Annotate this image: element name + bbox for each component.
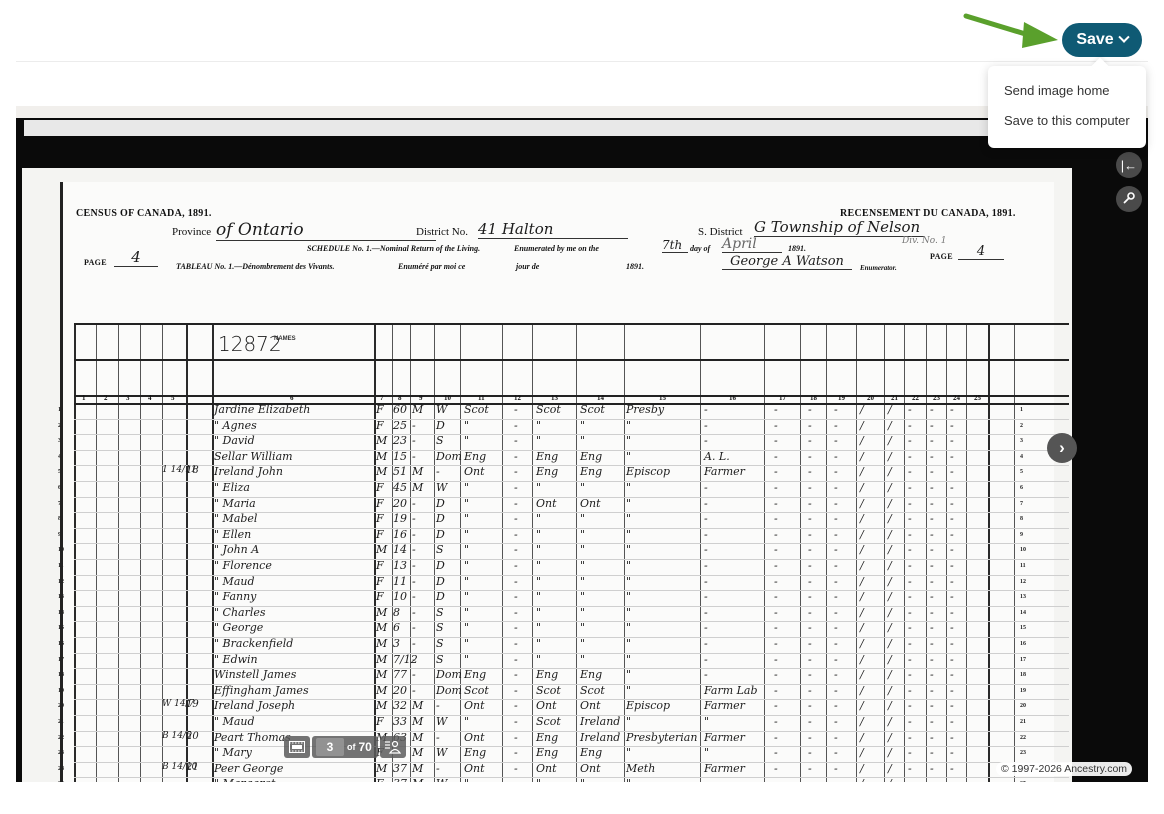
cell-name: " Mabel [214,512,257,525]
row-number: 10 [58,547,64,553]
row-number: 25 [58,781,64,782]
column-number: 20 [867,394,874,402]
cell-father: " [536,621,541,634]
cell-mark: - [774,621,778,634]
cell-name: Ireland John [214,465,283,478]
cell-mother: " [580,575,585,588]
cell-father: Eng [536,668,558,681]
cell-mark: - [930,497,934,510]
cell-mark: - [774,450,778,463]
cell-mark: - [774,715,778,728]
cell-rel: S [436,543,444,556]
cell-mark: / [888,450,892,463]
index-panel-button[interactable] [380,736,406,758]
divider [16,61,1148,62]
table-row: 1818Winstell JamesM77-DomEng-EngEng"----… [74,668,1069,684]
cell-mark: - [808,419,812,432]
cell-mark: - [908,653,912,666]
cell-mark: - [930,777,934,782]
column-number: 16 [729,394,736,402]
cell-religion: " [626,450,631,463]
cell-father: Scot [536,403,561,416]
cell-mark: - [950,543,954,556]
collapse-panel-button[interactable]: |← [1116,152,1142,178]
cell-name: " Mary [214,746,252,759]
cell-mark: - [930,637,934,650]
cell-mark: - [834,512,838,525]
cell-mar: M [412,762,423,775]
cell-mark: - [950,465,954,478]
cell-name: Winstell James [214,668,296,681]
cell-occ: Farmer [704,699,745,712]
cell-mark: / [888,590,892,603]
tools-button[interactable] [1116,186,1142,212]
cell-fc: - [514,434,518,447]
cell-religion: " [626,543,631,556]
cell-sex: F [376,528,384,541]
cell-birth: " [464,653,469,666]
cell-fc: - [514,653,518,666]
cell-birth: " [464,637,469,650]
row-number: 17 [58,657,64,663]
jour-year: 1891. [626,262,644,271]
menu-item-save-to-computer[interactable]: Save to this computer [988,106,1146,136]
cell-birth: " [464,419,469,432]
next-image-button[interactable]: › [1047,433,1077,463]
cell-father: " [536,512,541,525]
schedule-fr: TABLEAU No. 1.—Dénombrement des Vivants. [176,262,334,271]
total-pages: 70 [359,740,372,754]
cell-birth: " [464,559,469,572]
cell-mark: - [834,777,838,782]
cell-birth: Ont [464,762,485,775]
cell-name: Sellar William [214,450,293,463]
cell-age: 45 [393,481,407,494]
cell-name: Peer George [214,762,283,775]
cell-mark: / [860,465,864,478]
table-row: 99" EllenF16-D"-"""----//--- [74,528,1069,544]
save-button-label: Save [1076,31,1113,49]
cell-fc: - [514,637,518,650]
cell-sex: M [376,621,387,634]
cell-mother: " [580,590,585,603]
row-number: 4 [58,454,61,460]
cell-age: 37 [393,777,407,782]
cell-mark: - [834,746,838,759]
cell-fc: - [514,699,518,712]
cell-sex: F [376,481,384,494]
cell-father: " [536,419,541,432]
cell-age: 19 [393,512,407,525]
cell-rel: S [436,637,444,650]
cell-sex: F [376,419,384,432]
cell-mark: - [950,777,954,782]
cell-mark: - [930,543,934,556]
row-number: 20 [58,703,64,709]
cell-mark: - [774,403,778,416]
cell-mark: - [930,731,934,744]
cell-mark: - [950,450,954,463]
cell-rel: S [436,606,444,619]
cell-religion: " [626,419,631,432]
cell-fc: - [514,497,518,510]
cell-mark: / [888,465,892,478]
cell-mar: - [412,653,416,666]
cell-mark: - [834,419,838,432]
cell-father: Eng [536,450,558,463]
cell-mark: / [860,621,864,634]
cell-age: 8 [393,606,400,619]
column-header-names: NAMES [274,337,296,342]
cell-rel: - [436,762,440,775]
cell-mark: / [860,684,864,697]
cell-sex: F [376,715,384,728]
cell-sex: F [376,777,384,782]
cell-mark: - [808,637,812,650]
cell-birth: " [464,606,469,619]
cell-rel: W [436,715,447,728]
cell-mark: - [774,762,778,775]
cell-mother: " [580,777,585,782]
cell-mark: - [908,731,912,744]
cell-mark: - [834,637,838,650]
cell-father: " [536,481,541,494]
cell-religion: Episcop [626,465,670,478]
row-number-right: 5 [1020,469,1023,475]
cell-mark: - [930,465,934,478]
cell-mark: - [808,512,812,525]
cell-mother: Scot [580,403,605,416]
cell-mark: - [950,575,954,588]
cell-mark: - [908,762,912,775]
column-number: 5 [171,394,175,402]
cell-mark: - [808,715,812,728]
cell-mark: / [860,762,864,775]
row-number-right: 13 [1020,594,1026,600]
cell-mar: - [412,419,416,432]
cell-mark: - [808,403,812,416]
cell-mark: - [774,481,778,494]
save-button[interactable]: Save [1062,23,1142,57]
cell-father: Ont [536,699,557,712]
cell-name: " Margaret [214,777,275,782]
cell-mark: - [930,512,934,525]
cell-age: 51 [393,465,407,478]
enumerated-month: April [722,236,782,253]
cell-occ: Farmer [704,465,745,478]
cell-fc: - [514,621,518,634]
cell-mark: - [950,762,954,775]
cell-religion: " [626,653,631,666]
table-row: 2020W 14/719Ireland JosephM32M-Ont-OntOn… [74,699,1069,715]
cell-fam: 20 [186,731,199,742]
cell-mark: - [930,434,934,447]
cell-mark: - [834,559,838,572]
cell-mark: - [908,637,912,650]
cell-mark: - [930,699,934,712]
cell-mark: - [930,621,934,634]
table-row: 2525" MargaretF37MW"-"""----//--- [74,777,1069,782]
cell-mark: - [808,575,812,588]
column-number: 1 [82,394,86,402]
cell-occ: - [704,575,708,588]
cell-mar: - [412,621,416,634]
filmstrip-button[interactable] [284,736,310,758]
page-of-label: of [347,742,356,752]
cell-mark: - [834,684,838,697]
schedule-en: SCHEDULE No. 1.—Nominal Return of the Li… [307,244,480,253]
cell-mark: - [930,653,934,666]
cell-religion: " [626,684,631,697]
column-number: 19 [838,394,845,402]
cell-mark: - [908,512,912,525]
cell-occ: A. L. [704,450,730,463]
cell-mark: - [908,699,912,712]
cell-mother: " [580,528,585,541]
cell-rel: - [436,731,440,744]
cell-mark: / [888,777,892,782]
row-number: 12 [58,579,64,585]
cell-mark: / [860,746,864,759]
page-label-right: PAGE [930,252,953,261]
scan-edge [24,120,1084,136]
cell-name: " David [214,434,255,447]
cell-age: 6 [393,621,400,634]
cell-sex: M [376,762,387,775]
cell-mark: - [834,465,838,478]
cell-fc: - [514,715,518,728]
cell-occ: - [704,481,708,494]
census-page-image: CENSUS OF CANADA, 1891. RECENSEMENT DU C… [22,168,1072,782]
table-row: 1010" John AM14-S"-"""----//--- [74,543,1069,559]
cell-mark: / [888,419,892,432]
row-number: 21 [58,719,64,725]
cell-name: Effingham James [214,684,309,697]
page-number-input[interactable]: 3 [316,738,344,756]
cell-age: 25 [393,419,407,432]
column-number: 21 [891,394,898,402]
page-label: PAGE [84,258,107,267]
cell-mark: - [908,559,912,572]
cell-mark: - [808,668,812,681]
cell-mark: - [950,731,954,744]
cell-mark: - [834,528,838,541]
enumere-label: Enuméré par moi ce [398,262,465,271]
cell-religion: Presby [626,403,664,416]
cell-rel: Dom [436,684,462,697]
cell-religion: " [626,575,631,588]
cell-mark: - [774,684,778,697]
cell-mar: M [412,746,423,759]
cell-mark: - [808,497,812,510]
cell-mark: - [808,762,812,775]
cell-age: 15 [393,450,407,463]
cell-mark: - [834,762,838,775]
cell-mother: " [580,419,585,432]
cell-mark: - [930,606,934,619]
row-number-right: 22 [1020,735,1026,741]
column-number: 25 [974,394,981,402]
cell-occ: - [704,559,708,572]
cell-rel: W [436,403,447,416]
cell-rel: S [436,434,444,447]
table-row: 1616" BrackenfieldM3-S"-"""----//--- [74,637,1069,653]
cell-occ: - [704,419,708,432]
cell-mark: / [888,653,892,666]
cell-father: " [536,575,541,588]
cell-mark: - [950,715,954,728]
table-row: 1717" EdwinM7/12-S"-"""----//--- [74,653,1069,669]
cell-mark: / [860,543,864,556]
cell-occ: - [704,528,708,541]
cell-mark: - [950,653,954,666]
cell-mark: - [908,668,912,681]
cell-mark: - [808,434,812,447]
cell-rel: W [436,481,447,494]
cell-religion: " [626,590,631,603]
cell-mark: / [888,621,892,634]
cell-mark: - [808,528,812,541]
row-number-right: 6 [1020,485,1023,491]
cell-name: " Fanny [214,590,256,603]
cell-sex: F [376,403,384,416]
cell-mark: - [774,512,778,525]
cell-name: " Edwin [214,653,258,666]
cell-mark: / [860,512,864,525]
cell-rel: D [436,512,445,525]
table-row: 1111" FlorenceF13-D"-"""----//--- [74,559,1069,575]
row-number-right: 23 [1020,750,1026,756]
cell-mark: - [774,606,778,619]
cell-age: 37 [393,762,407,775]
sdistrict-value: G Township of Nelson [754,218,924,237]
cell-fc: - [514,668,518,681]
column-number: 7 [380,394,384,402]
cell-mark: - [950,699,954,712]
cell-fc: - [514,590,518,603]
cell-mark: / [860,653,864,666]
row-number-right: 17 [1020,657,1026,663]
cell-name: " Maud [214,575,255,588]
table-row: 1515" GeorgeM6-S"-"""----//--- [74,621,1069,637]
cell-mark: / [888,731,892,744]
row-number: 16 [58,641,64,647]
column-number: 6 [290,394,294,402]
day-of-label: day of [690,244,710,253]
cell-sex: F [376,575,384,588]
table-row: 11Jardine ElizabethF60MWScot-ScotScotPre… [74,403,1069,419]
cell-mark: / [860,450,864,463]
cell-fc: - [514,746,518,759]
cell-occ: - [704,434,708,447]
cell-mark: - [930,559,934,572]
image-viewer[interactable]: CENSUS OF CANADA, 1891. RECENSEMENT DU C… [16,118,1148,782]
cell-mark: - [908,590,912,603]
cell-rel: Dom [436,668,462,681]
cell-mark: / [888,637,892,650]
cell-rel: D [436,419,445,432]
cell-mark: - [774,528,778,541]
cell-mark: - [808,465,812,478]
row-number-right: 21 [1020,719,1026,725]
cell-name: " Eliza [214,481,250,494]
cell-mark: / [888,668,892,681]
cell-mother: " [580,559,585,572]
cell-father: " [536,528,541,541]
row-divider [74,395,1069,397]
row-divider [74,359,1069,361]
cell-mark: - [908,606,912,619]
cell-father: " [536,543,541,556]
cell-birth: " [464,497,469,510]
row-number-right: 12 [1020,579,1026,585]
cell-mark: - [834,450,838,463]
cell-mark: / [888,684,892,697]
cell-birth: " [464,777,469,782]
row-number: 24 [58,766,64,772]
cell-mark: / [860,434,864,447]
cell-birth: " [464,512,469,525]
cell-mark: / [860,699,864,712]
cell-mark: - [930,575,934,588]
cell-occ: Farmer [704,762,745,775]
cell-mark: - [774,575,778,588]
column-number: 3 [126,394,130,402]
row-number: 15 [58,625,64,631]
cell-mark: - [950,497,954,510]
enumerator-label: Enumerator. [860,264,897,272]
top-bar: Save [0,0,1164,62]
row-number: 13 [58,594,64,600]
cell-mark: - [930,450,934,463]
cell-occ: - [704,606,708,619]
cell-mar: - [412,450,416,463]
cell-mother: Ont [580,699,601,712]
cell-mar: - [412,606,416,619]
cell-religion: " [626,512,631,525]
cell-religion: " [626,621,631,634]
menu-item-send-image-home[interactable]: Send image home [988,76,1146,106]
cell-mark: - [834,621,838,634]
cell-religion: " [626,668,631,681]
cell-mark: - [908,419,912,432]
cell-birth: " [464,481,469,494]
cell-religion: " [626,481,631,494]
cell-birth: " [464,434,469,447]
cell-mother: Ireland [580,715,620,728]
cell-birth: " [464,528,469,541]
cell-occ: - [704,590,708,603]
cell-mark: / [860,668,864,681]
row-number: 3 [58,438,61,444]
cell-mar: - [412,637,416,650]
cell-mark: - [774,543,778,556]
cell-mark: - [808,621,812,634]
cell-mark: - [950,590,954,603]
cell-father: Eng [536,731,558,744]
page-value: 4 [114,248,158,267]
row-number-right: 19 [1020,688,1026,694]
cell-religion: " [626,559,631,572]
cell-mar: M [412,715,423,728]
cell-mark: - [774,731,778,744]
cell-name: " Maria [214,497,256,510]
row-number: 22 [58,735,64,741]
cell-mar: M [412,481,423,494]
column-number: 9 [419,394,423,402]
cell-mark: - [808,606,812,619]
cell-mark: - [808,746,812,759]
